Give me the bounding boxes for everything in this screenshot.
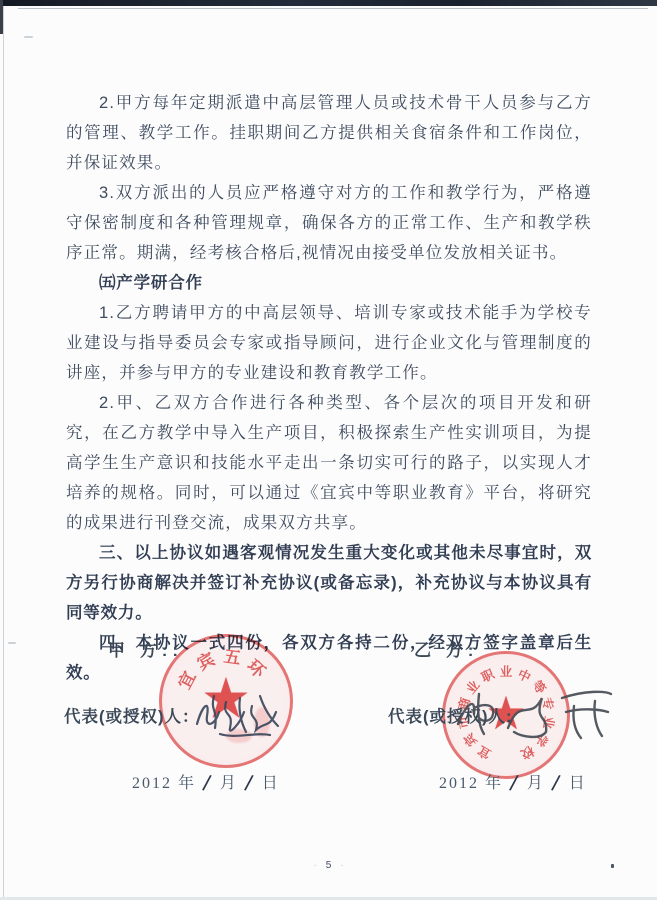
page-number-dot: ·: [340, 860, 346, 871]
party-b-label: 乙 方:: [414, 636, 478, 661]
scan-smudge: [24, 36, 33, 38]
handwritten-day-value: ∕: [550, 770, 563, 795]
party-a-rep-label: 代表(或授权)人：: [64, 703, 200, 727]
handwritten-day-value: ∕: [243, 770, 256, 795]
party-b-handwritten-signature: [448, 676, 616, 748]
scan-top-edge: [0, 0, 657, 6]
scan-top-line: [18, 8, 648, 9]
scanned-document-page: 2.甲方每年定期派遣中高层管理人员或技术骨干人员参与乙方的管理、教学工作。挂职期…: [0, 0, 657, 900]
page-number-value: 5: [326, 860, 335, 871]
scan-smudge: [8, 642, 16, 644]
date-month-label: 月: [220, 775, 238, 792]
section-heading-cooperation: ㈤产学研合作: [66, 268, 592, 298]
paragraph-amendments: 三、以上协议如遇客观情况发生重大变化或其他未尽事宜时，双方另行协商解决并签订补充…: [66, 538, 592, 628]
paragraph-experts: 1.乙方聘请甲方的中高层领导、培训专家或技术能手为学校专业建设与指导委员会专家或…: [66, 298, 592, 388]
date-year: 2012 年: [132, 775, 196, 792]
party-a-label: 甲 方::: [108, 636, 183, 661]
date-year: 2012 年: [439, 775, 503, 792]
party-a-date: 2012 年∕月∕日: [130, 770, 282, 793]
party-b-date: 2012 年∕月∕日: [437, 770, 589, 793]
date-day-label: 日: [569, 775, 587, 792]
page-number-dot: ·: [314, 860, 320, 871]
paragraph-staff-dispatch: 2.甲方每年定期派遣中高层管理人员或技术骨干人员参与乙方的管理、教学工作。挂职期…: [66, 88, 592, 178]
page-number: · 5 ·: [298, 860, 362, 871]
date-day-label: 日: [262, 775, 280, 792]
handwritten-month-value: ∕: [508, 770, 521, 795]
scan-left-corner: [0, 0, 3, 34]
handwritten-month-value: ∕: [201, 770, 214, 795]
paragraph-discipline: 3.双方派出的人员应严格遵守对方的工作和教学行为，严格遵守保密制度和各种管理规章…: [66, 178, 592, 268]
scan-speck: [611, 864, 614, 868]
contract-body: 2.甲方每年定期派遣中高层管理人员或技术骨干人员参与乙方的管理、教学工作。挂职期…: [66, 88, 592, 688]
date-month-label: 月: [527, 775, 545, 792]
party-a-handwritten-signature: [190, 682, 290, 742]
scan-left-edge: [3, 6, 4, 900]
paragraph-projects: 2.甲、乙双方合作进行各种类型、各个层次的项目开发和研究，在乙方教学中导入生产项…: [66, 388, 592, 538]
